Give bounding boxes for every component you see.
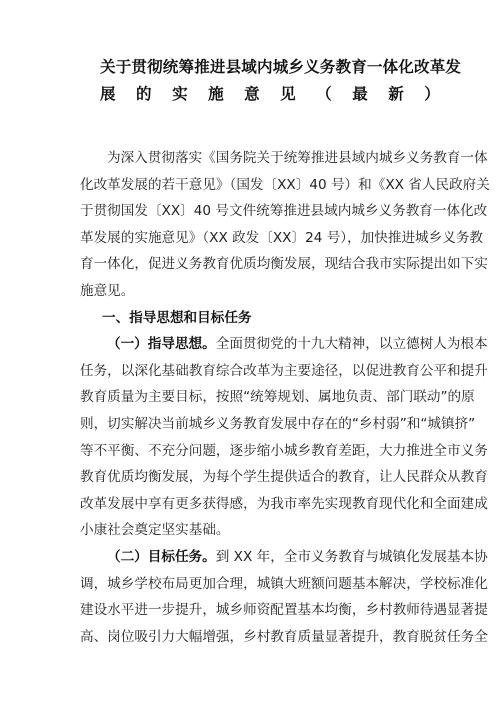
intro-line-2: 化改革发展的若干意见》（国发〔XX〕40 号）和《XX 省人民政府关 — [80, 172, 430, 199]
guiding-line-1: （一）指导思想。全面贯彻党的十九大精神，以立德树人为根本 — [80, 331, 430, 358]
targets-line-4: 高、岗位吸引力大幅增强，乡村教育质量显著提升，教育脱贫任务全 — [80, 624, 430, 651]
guiding-line-4: 则，切实解决当前城乡义务教育发展中存在的“乡村弱”和“城镇挤” — [80, 411, 430, 438]
section-heading: 一、指导思想和目标任务 — [80, 305, 430, 332]
guiding-line-6: 教育优质均衡发展，为每个学生提供适合的教育，让人民群众从教育 — [80, 464, 430, 491]
document-title: 关于贯彻统筹推进县域内城乡义务教育一体化改革发 展的实施意见（最新） — [100, 52, 440, 105]
title-line-1: 关于贯彻统筹推进县域内城乡义务教育一体化改革发 — [100, 52, 440, 79]
intro-line-5: 育一体化，促进义务教育优质均衡发展，现结合我市实际提出如下实 — [80, 251, 430, 278]
intro-line-1: 为深入贯彻落实《国务院关于统筹推进县域内城乡义务教育一体 — [80, 145, 430, 172]
targets-label: （二）目标任务。 — [107, 549, 216, 565]
intro-line-4: 革发展的实施意见》（XX 政发〔XX〕24 号），加快推进城乡义务教 — [80, 225, 430, 252]
guiding-first-text: 全面贯彻党的十九大精神，以立德树人为根本 — [216, 336, 488, 352]
targets-first-text: 到 XX 年，全市义务教育与城镇化发展基本协 — [216, 549, 488, 565]
guiding-line-8: 小康社会奠定坚实基础。 — [80, 517, 430, 544]
guiding-line-5: 等不平衡、不充分问题，逐步缩小城乡教育差距，大力推进全市义务 — [80, 438, 430, 465]
guiding-line-7: 改革发展中享有更多获得感，为我市率先实现教育现代化和全面建成 — [80, 491, 430, 518]
guiding-line-3: 教育质量为主要目标，按照“统筹规划、属地负责、部门联动”的原 — [80, 384, 430, 411]
targets-line-2: 调，城乡学校布局更加合理，城镇大班额问题基本解决，学校标准化 — [80, 571, 430, 598]
title-line-2: 展的实施意见（最新） — [100, 79, 440, 106]
guiding-line-2: 任务，以深化基础教育综合改革为主要途径，以促进教育公平和提升 — [80, 358, 430, 385]
intro-line-6: 施意见。 — [80, 278, 430, 305]
targets-line-1: （二）目标任务。到 XX 年，全市义务教育与城镇化发展基本协 — [80, 544, 430, 571]
document-body: 为深入贯彻落实《国务院关于统筹推进县域内城乡义务教育一体 化改革发展的若干意见》… — [80, 145, 430, 650]
guiding-label: （一）指导思想。 — [107, 336, 216, 352]
targets-line-3: 建设水平进一步提升，城乡师资配置基本均衡，乡村教师待遇显著提 — [80, 597, 430, 624]
intro-line-3: 于贯彻国发〔XX〕40 号文件统筹推进县域内城乡义务教育一体化改 — [80, 198, 430, 225]
document-page: 关于贯彻统筹推进县域内城乡义务教育一体化改革发 展的实施意见（最新） 为深入贯彻… — [0, 0, 500, 707]
